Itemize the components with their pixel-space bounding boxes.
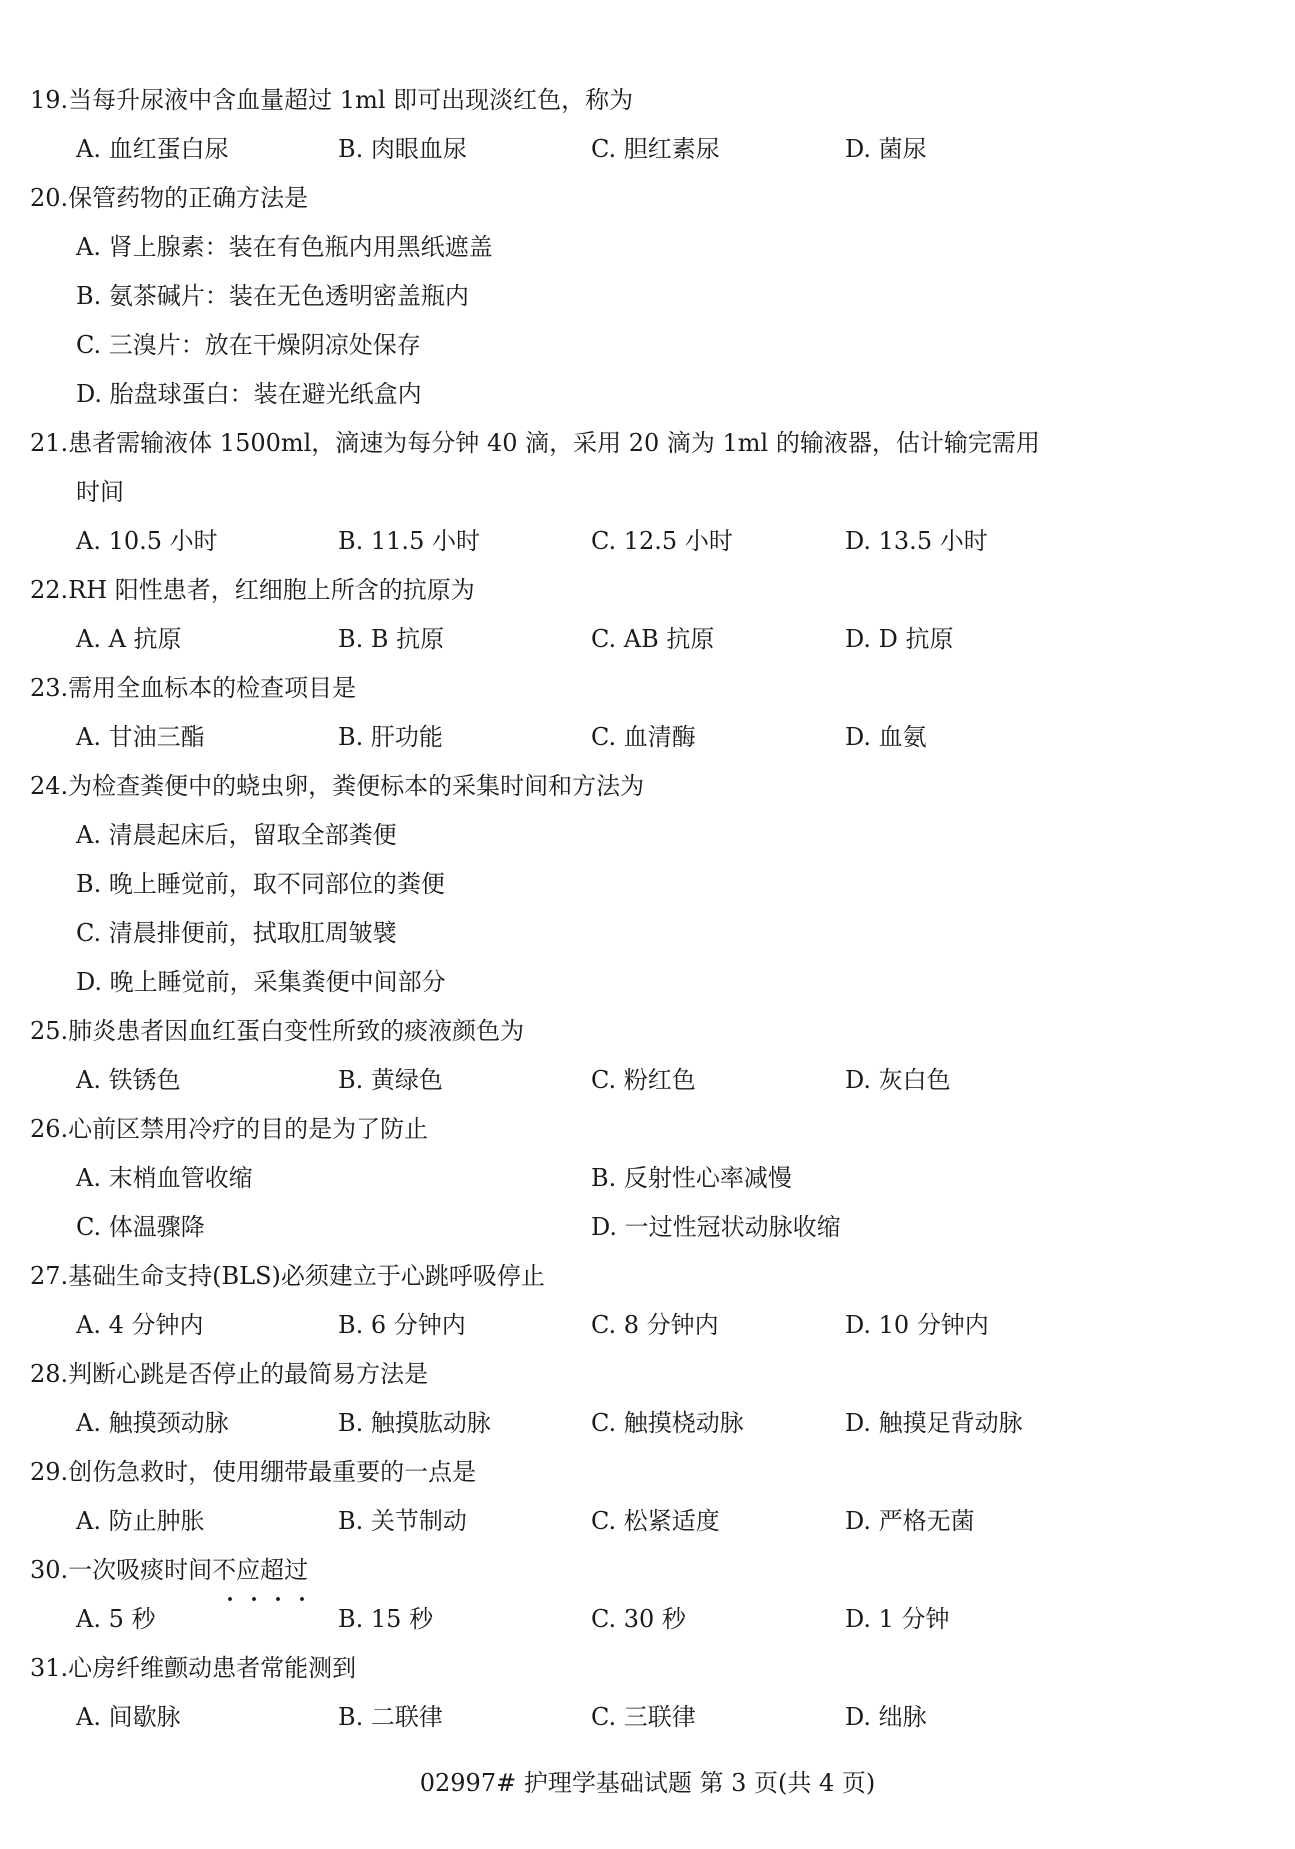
question-19-options: A. 血红蛋白尿 B. 肉眼血尿 C. 胆红素尿 D. 菌尿 [0,125,1295,174]
option-c: C. 12.5 小时 [591,517,733,566]
question-27-stem: 27.基础生命支持(BLS)必须建立于心跳呼吸停止 [30,1252,545,1301]
question-20-stem: 20.保管药物的正确方法是 [30,174,308,223]
option-d: D. 10 分钟内 [845,1301,989,1350]
option-d: D. 1 分钟 [845,1595,950,1644]
question-28-options: A. 触摸颈动脉 B. 触摸肱动脉 C. 触摸桡动脉 D. 触摸足背动脉 [0,1399,1295,1448]
question-number: 25. [30,1017,68,1045]
option-d: D. 触摸足背动脉 [845,1399,1023,1448]
option-a: A. 末梢血管收缩 [76,1154,253,1203]
exam-page: 19.当每升尿液中含血量超过 1ml 即可出现淡红色，称为 A. 血红蛋白尿 B… [0,0,1295,1849]
option-b: B. 氨茶碱片：装在无色透明密盖瓶内 [76,272,469,321]
option-a: A. 肾上腺素：装在有色瓶内用黑纸遮盖 [76,223,493,272]
question-number: 29. [30,1458,68,1486]
question-26-stem: 26.心前区禁用冷疗的目的是为了防止 [30,1105,428,1154]
question-number: 19. [30,86,68,114]
question-number: 27. [30,1262,68,1290]
emphasized-text: 不应超过 [212,1546,308,1595]
question-22-options: A. A 抗原 B. B 抗原 C. AB 抗原 D. D 抗原 [0,615,1295,664]
question-text: 需用全血标本的检查项目是 [68,674,356,702]
question-number: 21. [30,429,68,457]
option-b: B. B 抗原 [338,615,444,664]
question-30-stem: 30.一次吸痰时间不应超过 [30,1546,308,1595]
option-a: A. 4 分钟内 [76,1301,204,1350]
question-text: 为检查粪便中的蛲虫卵，粪便标本的采集时间和方法为 [68,772,644,800]
question-30-options: A. 5 秒 B. 15 秒 C. 30 秒 D. 1 分钟 [0,1595,1295,1644]
option-c: C. 粉红色 [591,1056,696,1105]
option-b: B. 关节制动 [338,1497,467,1546]
option-c: C. 8 分钟内 [591,1301,719,1350]
question-number: 28. [30,1360,68,1388]
option-c: C. 血清酶 [591,713,696,762]
question-23-options: A. 甘油三酯 B. 肝功能 C. 血清酶 D. 血氨 [0,713,1295,762]
option-b: B. 反射性心率减慢 [591,1154,792,1203]
question-text: 患者需输液体 1500ml，滴速为每分钟 40 滴，采用 20 滴为 1ml 的… [68,429,1040,457]
question-29-stem: 29.创伤急救时，使用绷带最重要的一点是 [30,1448,476,1497]
option-d: D. 严格无菌 [845,1497,975,1546]
option-c: C. 胆红素尿 [591,125,720,174]
option-d: D. 13.5 小时 [845,517,988,566]
option-b: B. 肝功能 [338,713,443,762]
question-25-stem: 25.肺炎患者因血红蛋白变性所致的痰液颜色为 [30,1007,524,1056]
option-c: C. 体温骤降 [76,1203,205,1252]
question-text: 当每升尿液中含血量超过 1ml 即可出现淡红色，称为 [68,86,633,114]
option-a: A. 血红蛋白尿 [76,125,229,174]
question-27-options: A. 4 分钟内 B. 6 分钟内 C. 8 分钟内 D. 10 分钟内 [0,1301,1295,1350]
option-d: D. 绌脉 [845,1693,927,1742]
question-number: 20. [30,184,68,212]
option-a: A. 防止肿胀 [76,1497,205,1546]
question-21-stem-continued: 时间 [76,468,124,517]
option-d: D. 血氨 [845,713,927,762]
option-b: B. 11.5 小时 [338,517,480,566]
option-d: D. D 抗原 [845,615,954,664]
question-24-stem: 24.为检查粪便中的蛲虫卵，粪便标本的采集时间和方法为 [30,762,644,811]
option-d: D. 灰白色 [845,1056,951,1105]
question-22-stem: 22.RH 阳性患者，红细胞上所含的抗原为 [30,566,475,615]
question-28-stem: 28.判断心跳是否停止的最简易方法是 [30,1350,428,1399]
option-a: A. 10.5 小时 [76,517,218,566]
option-b: B. 黄绿色 [338,1056,443,1105]
option-c: C. 清晨排便前，拭取肛周皱襞 [76,909,397,958]
option-d: D. 菌尿 [845,125,927,174]
option-b: B. 6 分钟内 [338,1301,466,1350]
option-a: A. 甘油三酯 [76,713,205,762]
option-d: D. 晚上睡觉前，采集粪便中间部分 [76,958,446,1007]
question-text: RH 阳性患者，红细胞上所含的抗原为 [68,576,475,604]
question-26-options-row2: C. 体温骤降 D. 一过性冠状动脉收缩 [0,1203,1295,1252]
question-text: 肺炎患者因血红蛋白变性所致的痰液颜色为 [68,1017,524,1045]
question-number: 23. [30,674,68,702]
question-21-stem: 21.患者需输液体 1500ml，滴速为每分钟 40 滴，采用 20 滴为 1m… [30,419,1040,468]
option-c: C. 三联律 [591,1693,696,1742]
question-29-options: A. 防止肿胀 B. 关节制动 C. 松紧适度 D. 严格无菌 [0,1497,1295,1546]
question-text: 判断心跳是否停止的最简易方法是 [68,1360,428,1388]
option-b: B. 15 秒 [338,1595,433,1644]
question-31-stem: 31.心房纤维颤动患者常能测到 [30,1644,356,1693]
option-d: D. 一过性冠状动脉收缩 [591,1203,841,1252]
question-text: 基础生命支持(BLS)必须建立于心跳呼吸停止 [68,1262,545,1290]
option-a: A. 间歇脉 [76,1693,181,1742]
option-b: B. 肉眼血尿 [338,125,467,174]
question-25-options: A. 铁锈色 B. 黄绿色 C. 粉红色 D. 灰白色 [0,1056,1295,1105]
question-text: 创伤急救时，使用绷带最重要的一点是 [68,1458,476,1486]
option-a: A. A 抗原 [76,615,182,664]
question-number: 26. [30,1115,68,1143]
option-b: B. 晚上睡觉前，取不同部位的粪便 [76,860,445,909]
question-text: 保管药物的正确方法是 [68,184,308,212]
question-number: 31. [30,1654,68,1682]
option-c: C. 三溴片：放在干燥阴凉处保存 [76,321,421,370]
question-text: 心房纤维颤动患者常能测到 [68,1654,356,1682]
option-c: C. 松紧适度 [591,1497,720,1546]
question-31-options: A. 间歇脉 B. 二联律 C. 三联律 D. 绌脉 [0,1693,1295,1742]
option-b: B. 二联律 [338,1693,443,1742]
question-21-options: A. 10.5 小时 B. 11.5 小时 C. 12.5 小时 D. 13.5… [0,517,1295,566]
page-footer: 02997# 护理学基础试题 第 3 页(共 4 页) [0,1763,1295,1803]
question-number: 22. [30,576,68,604]
question-number: 30. [30,1556,68,1584]
question-19-stem: 19.当每升尿液中含血量超过 1ml 即可出现淡红色，称为 [30,76,633,125]
option-b: B. 触摸肱动脉 [338,1399,491,1448]
question-number: 24. [30,772,68,800]
option-a: A. 5 秒 [76,1595,156,1644]
option-c: C. 30 秒 [591,1595,686,1644]
option-d: D. 胎盘球蛋白：装在避光纸盒内 [76,370,422,419]
question-23-stem: 23.需用全血标本的检查项目是 [30,664,356,713]
question-text: 心前区禁用冷疗的目的是为了防止 [68,1115,428,1143]
option-a: A. 清晨起床后，留取全部粪便 [76,811,397,860]
question-26-options-row1: A. 末梢血管收缩 B. 反射性心率减慢 [0,1154,1295,1203]
option-c: C. 触摸桡动脉 [591,1399,744,1448]
question-text: 一次吸痰时间 [68,1556,212,1584]
option-a: A. 铁锈色 [76,1056,181,1105]
option-a: A. 触摸颈动脉 [76,1399,229,1448]
option-c: C. AB 抗原 [591,615,714,664]
